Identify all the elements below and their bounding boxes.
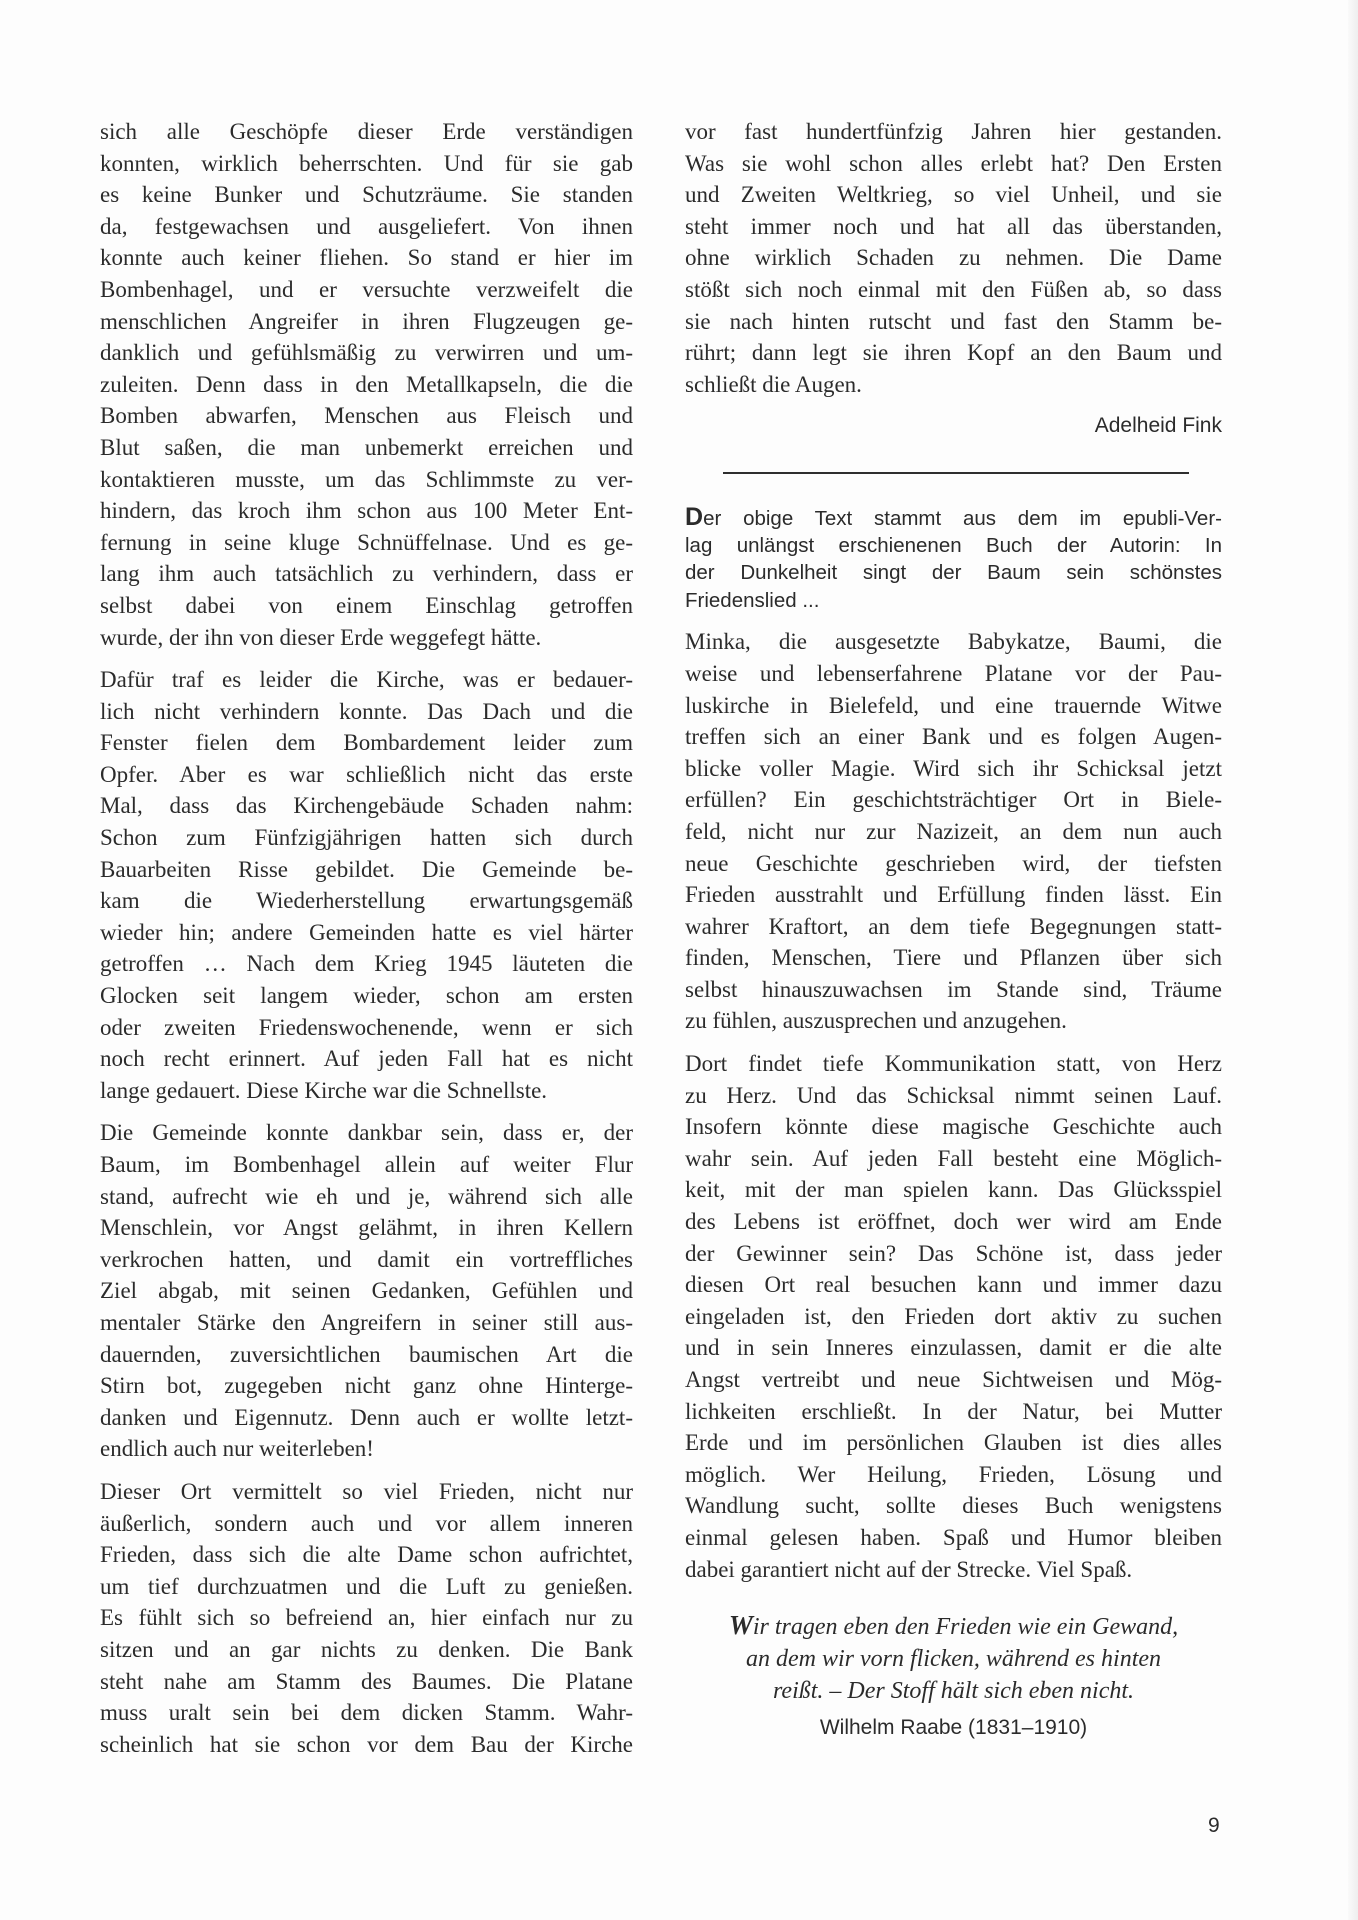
text-line: Bomben abwarfen, Menschen aus Fleisch un…: [100, 400, 633, 432]
text-line: Insofern könnte diese magische Geschicht…: [685, 1111, 1222, 1143]
text-line: hindern, das kroch ihm schon aus 100 Met…: [100, 495, 633, 527]
text-line: des Lebens ist eröffnet, doch wer wird a…: [685, 1206, 1222, 1238]
text-line: Stirn bot, zugegeben nicht ganz ohne Hin…: [100, 1370, 633, 1402]
text-line: Menschlein, vor Angst gelähmt, in ihren …: [100, 1212, 633, 1244]
text-line: Schon zum Fünfzigjährigen hatten sich du…: [100, 822, 633, 854]
text-line: lich nicht verhindern konnte. Das Dach u…: [100, 696, 633, 728]
text-line: Blut saßen, die man unbemerkt erreichen …: [100, 432, 633, 464]
text-line: Minka, die ausgesetzte Babykatze, Baumi,…: [685, 626, 1222, 658]
text-line: Wandlung sucht, sollte dieses Buch wenig…: [685, 1490, 1222, 1522]
text-line: lichkeiten erschließt. In der Natur, bei…: [685, 1396, 1222, 1428]
text-line: vor fast hundertfünfzig Jahren hier gest…: [685, 116, 1222, 148]
text-line: Frieden ausstrahlt und Erfüllung finden …: [685, 879, 1222, 911]
text-line: eingeladen ist, den Frieden dort aktiv z…: [685, 1301, 1222, 1333]
text-line: oder zweiten Friedenswochenende, wenn er…: [100, 1012, 633, 1044]
page-edge-shadow: [1348, 0, 1358, 1920]
text-line: Opfer. Aber es war schließlich nicht das…: [100, 759, 633, 791]
text-line: Mal, dass das Kirchengebäude Schaden nah…: [100, 790, 633, 822]
page-number: 9: [1208, 1814, 1220, 1838]
text-line: feld, nicht nur zur Nazizeit, an dem nun…: [685, 816, 1222, 848]
text-line: noch recht erinnert. Auf jeden Fall hat …: [100, 1043, 633, 1075]
text-line: danklich und gefühlsmäßig zu verwirren u…: [100, 337, 633, 369]
quote-line: Wir tragen eben den Frieden wie ein Gewa…: [685, 1609, 1222, 1643]
text-line: rührt; dann legt sie ihren Kopf an den B…: [685, 337, 1222, 369]
text-line: stößt sich noch einmal mit den Füßen ab,…: [685, 274, 1222, 306]
body-paragraph: sich alle Geschöpfe dieser Erde verständ…: [100, 116, 633, 653]
quote-line: an dem wir vorn flicken, während es hint…: [685, 1643, 1222, 1675]
text-line: selbst dabei von einem Einschlag getroff…: [100, 590, 633, 622]
text-line: keit, mit der man spielen kann. Das Glüc…: [685, 1174, 1222, 1206]
text-line: zu fühlen, auszusprechen und anzugehen.: [685, 1005, 1222, 1037]
text-line: einmal gelesen haben. Spaß und Humor ble…: [685, 1522, 1222, 1554]
text-line: Glocken seit langem wieder, schon am ers…: [100, 980, 633, 1012]
left-column: sich alle Geschöpfe dieser Erde verständ…: [100, 116, 633, 1771]
book-description: Minka, die ausgesetzte Babykatze, Baumi,…: [685, 626, 1222, 1585]
text-line: diesen Ort real besuchen kann und immer …: [685, 1269, 1222, 1301]
text-line: stand, aufrecht wie eh und je, während s…: [100, 1181, 633, 1213]
text-line: Dieser Ort vermittelt so viel Frieden, n…: [100, 1476, 633, 1508]
text-line: muss uralt sein bei dem dicken Stamm. Wa…: [100, 1697, 633, 1729]
body-paragraph: Dieser Ort vermittelt so viel Frieden, n…: [100, 1476, 633, 1760]
text-line: wahrer Kraftort, an dem tiefe Begegnunge…: [685, 911, 1222, 943]
text-line: da, festgewachsen und ausgeliefert. Von …: [100, 211, 633, 243]
text-line: der Gewinner sein? Das Schöne ist, dass …: [685, 1238, 1222, 1270]
text-line: sitzen und an gar nichts zu denken. Die …: [100, 1634, 633, 1666]
body-paragraph: Dafür traf es leider die Kirche, was er …: [100, 664, 633, 1106]
intro-line-text: er obige Text stammt aus dem im epubli-V…: [703, 507, 1222, 530]
text-line: sie nach hinten rutscht und fast den Sta…: [685, 306, 1222, 338]
text-line: finden, Menschen, Tiere und Pflanzen übe…: [685, 942, 1222, 974]
text-line: und in sein Inneres einzulassen, damit e…: [685, 1332, 1222, 1364]
text-line: Bauarbeiten Risse gebildet. Die Gemeinde…: [100, 854, 633, 886]
text-line: blicke voller Magie. Wird sich ihr Schic…: [685, 753, 1222, 785]
text-line: luskirche in Bielefeld, und eine trauern…: [685, 690, 1222, 722]
book-intro: Der obige Text stammt aus dem im epubli-…: [685, 504, 1222, 614]
text-line: weise und lebenserfahrene Platane vor de…: [685, 658, 1222, 690]
text-line: verkrochen hatten, und damit ein vortref…: [100, 1244, 633, 1276]
intro-line: Der obige Text stammt aus dem im epubli-…: [685, 504, 1222, 532]
text-line: steht immer noch und hat all das übersta…: [685, 211, 1222, 243]
text-line: Fenster fielen dem Bombardement leider z…: [100, 727, 633, 759]
text-line: dabei garantiert nicht auf der Strecke. …: [685, 1554, 1222, 1586]
text-line: Frieden, dass sich die alte Dame schon a…: [100, 1539, 633, 1571]
text-line: sich alle Geschöpfe dieser Erde verständ…: [100, 116, 633, 148]
text-line: lang ihm auch tatsächlich zu verhindern,…: [100, 558, 633, 590]
intro-line: lag unlängst erschienenen Buch der Autor…: [685, 532, 1222, 560]
quote-line-text: ir tragen eben den Frieden wie ein Gewan…: [753, 1614, 1178, 1640]
description-paragraph: Dort findet tiefe Kommunikation statt, v…: [685, 1048, 1222, 1585]
text-line: Was sie wohl schon alles erlebt hat? Den…: [685, 148, 1222, 180]
text-line: scheinlich hat sie schon vor dem Bau der…: [100, 1729, 633, 1761]
text-line: neue Geschichte geschrieben wird, der ti…: [685, 848, 1222, 880]
text-line: kam die Wiederherstellung erwartungsgemä…: [100, 885, 633, 917]
text-line: ohne wirklich Schaden zu nehmen. Die Dam…: [685, 242, 1222, 274]
quote-author: Wilhelm Raabe (1831–1910): [685, 1713, 1222, 1743]
text-line: lange gedauert. Diese Kirche war die Sch…: [100, 1075, 633, 1107]
drop-cap: D: [685, 503, 703, 531]
body-paragraph: Die Gemeinde konnte dankbar sein, dass e…: [100, 1117, 633, 1465]
text-line: Dafür traf es leider die Kirche, was er …: [100, 664, 633, 696]
text-line: mentaler Stärke den Angreifern in seiner…: [100, 1307, 633, 1339]
text-line: um tief durchzuatmen und die Luft zu gen…: [100, 1571, 633, 1603]
section-separator: [723, 472, 1189, 474]
text-line: selbst hinauszuwachsen im Stande sind, T…: [685, 974, 1222, 1006]
quote-line: reißt. – Der Stoff hält sich eben nicht.: [685, 1675, 1222, 1707]
text-line: Bombenhagel, und er versuchte verzweifel…: [100, 274, 633, 306]
text-line: Baum, im Bombenhagel allein auf weiter F…: [100, 1149, 633, 1181]
text-line: endlich auch nur weiterleben!: [100, 1433, 633, 1465]
epigraph-quote: Wir tragen eben den Frieden wie ein Gewa…: [685, 1609, 1222, 1707]
right-column: vor fast hundertfünfzig Jahren hier gest…: [685, 116, 1222, 1743]
text-line: es keine Bunker und Schutzräume. Sie sta…: [100, 179, 633, 211]
text-line: getroffen … Nach dem Krieg 1945 läuteten…: [100, 948, 633, 980]
author-signature: Adelheid Fink: [685, 411, 1222, 441]
intro-line: Friedenslied ...: [685, 587, 1222, 615]
text-line: menschlichen Angreifer in ihren Flugzeug…: [100, 306, 633, 338]
text-line: erfüllen? Ein geschichtsträchtiger Ort i…: [685, 784, 1222, 816]
text-line: Erde und im persönlichen Glauben ist die…: [685, 1427, 1222, 1459]
text-line: konnten, wirklich beherrschten. Und für …: [100, 148, 633, 180]
text-line: zu Herz. Und das Schicksal nimmt seinen …: [685, 1080, 1222, 1112]
text-line: äußerlich, sondern auch und vor allem in…: [100, 1508, 633, 1540]
text-line: danken und Eigennutz. Denn auch er wollt…: [100, 1402, 633, 1434]
intro-line: der Dunkelheit singt der Baum sein schön…: [685, 559, 1222, 587]
text-line: Ziel abgab, mit seinen Gedanken, Gefühle…: [100, 1275, 633, 1307]
text-line: möglich. Wer Heilung, Frieden, Lösung un…: [685, 1459, 1222, 1491]
text-line: treffen sich an einer Bank und es folgen…: [685, 721, 1222, 753]
text-line: Es fühlt sich so befreiend an, hier einf…: [100, 1602, 633, 1634]
text-line: steht nahe am Stamm des Baumes. Die Plat…: [100, 1666, 633, 1698]
text-line: wurde, der ihn von dieser Erde weggefegt…: [100, 622, 633, 654]
text-line: Die Gemeinde konnte dankbar sein, dass e…: [100, 1117, 633, 1149]
text-line: schließt die Augen.: [685, 369, 1222, 401]
text-line: kontaktieren musste, um das Schlimmste z…: [100, 464, 633, 496]
text-line: Dort findet tiefe Kommunikation statt, v…: [685, 1048, 1222, 1080]
description-paragraph: Minka, die ausgesetzte Babykatze, Baumi,…: [685, 626, 1222, 1037]
text-line: Angst vertreibt und neue Sichtweisen und…: [685, 1364, 1222, 1396]
text-line: zuleiten. Denn dass in den Metallkapseln…: [100, 369, 633, 401]
text-line: wahr sein. Auf jeden Fall besteht eine M…: [685, 1143, 1222, 1175]
text-line: dauernden, zuversichtlichen baumischen A…: [100, 1339, 633, 1371]
text-line: konnte auch keiner fliehen. So stand er …: [100, 242, 633, 274]
text-line: wieder hin; andere Gemeinden hatte es vi…: [100, 917, 633, 949]
quote-initial: W: [729, 1610, 753, 1640]
text-line: und Zweiten Weltkrieg, so viel Unheil, u…: [685, 179, 1222, 211]
text-line: fernung in seine kluge Schnüffelnase. Un…: [100, 527, 633, 559]
story-ending-paragraph: vor fast hundertfünfzig Jahren hier gest…: [685, 116, 1222, 400]
